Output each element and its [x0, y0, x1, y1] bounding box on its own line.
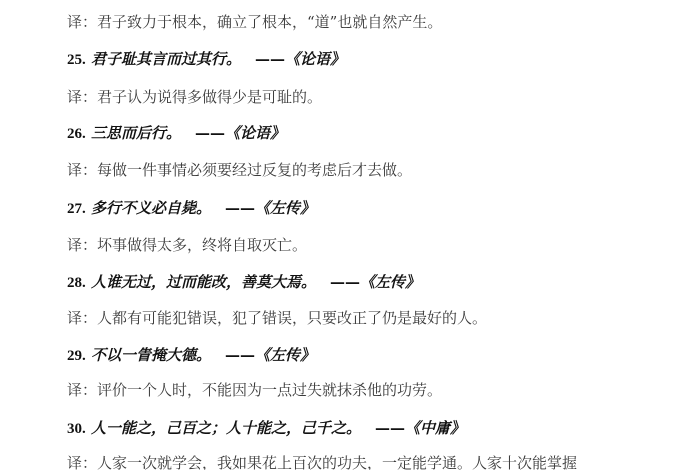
- quote-line-29: 29. 不以一眚掩大德。——《左传》: [67, 345, 315, 366]
- translation-text: 君子致力于根本，确立了根本，“道”也就自然产生。: [97, 13, 442, 31]
- document-page: 译：君子致力于根本，确立了根本，“道”也就自然产生。 25. 君子耻其言而过其行…: [0, 0, 700, 470]
- translation-text: 君子认为说得多做得少是可耻的。: [97, 88, 322, 106]
- quote-number: 27.: [67, 201, 86, 217]
- quote-number: 26.: [67, 126, 86, 142]
- quote-text: 君子耻其言而过其行。: [91, 50, 241, 68]
- quote-source: 《左传》: [255, 346, 315, 364]
- quote-number: 25.: [67, 52, 86, 68]
- translation-text: 人家一次就学会，我如果花上百次的功夫，一定能学通。人家十次能掌握: [97, 454, 577, 470]
- quote-dash: ——: [225, 346, 255, 364]
- translation-text: 每做一件事情必须要经过反复的考虑后才去做。: [97, 161, 412, 179]
- quote-line-25: 25. 君子耻其言而过其行。——《论语》: [67, 49, 345, 70]
- quote-text: 人一能之，己百之；人十能之，己千之。: [91, 419, 361, 437]
- quote-line-30: 30. 人一能之，己百之；人十能之，己千之。——《中庸》: [67, 418, 465, 439]
- translation-text: 坏事做得太多，终将自取灭亡。: [97, 236, 307, 254]
- quote-line-26: 26. 三思而后行。——《论语》: [67, 123, 285, 144]
- translation-line: 译：评价一个人时，不能因为一点过失就抹杀他的功劳。: [67, 380, 442, 400]
- quote-source: 《中庸》: [405, 419, 465, 437]
- quote-source: 《左传》: [360, 273, 420, 291]
- translation-prefix: 译：: [67, 236, 97, 254]
- translation-line: 译：坏事做得太多，终将自取灭亡。: [67, 235, 307, 255]
- quote-dash: ——: [195, 124, 225, 142]
- quote-source: 《左传》: [255, 199, 315, 217]
- quote-dash: ——: [225, 199, 255, 217]
- translation-line: 译：人都有可能犯错误，犯了错误，只要改正了仍是最好的人。: [67, 308, 487, 328]
- translation-prefix: 译：: [67, 381, 97, 399]
- translation-text: 评价一个人时，不能因为一点过失就抹杀他的功劳。: [97, 381, 442, 399]
- translation-line: 译：君子致力于根本，确立了根本，“道”也就自然产生。: [67, 12, 442, 32]
- translation-prefix: 译：: [67, 161, 97, 179]
- quote-source: 《论语》: [225, 124, 285, 142]
- quote-line-28: 28. 人谁无过，过而能改，善莫大焉。——《左传》: [67, 272, 420, 293]
- quote-text: 不以一眚掩大德。: [91, 346, 211, 364]
- translation-line: 译：每做一件事情必须要经过反复的考虑后才去做。: [67, 160, 412, 180]
- quote-dash: ——: [255, 50, 285, 68]
- translation-prefix: 译：: [67, 454, 97, 470]
- quote-dash: ——: [375, 419, 405, 437]
- quote-source: 《论语》: [285, 50, 345, 68]
- translation-line: 译：君子认为说得多做得少是可耻的。: [67, 87, 322, 107]
- quote-number: 29.: [67, 348, 86, 364]
- quote-dash: ——: [330, 273, 360, 291]
- translation-prefix: 译：: [67, 309, 97, 327]
- quote-number: 28.: [67, 275, 86, 291]
- translation-line: 译：人家一次就学会，我如果花上百次的功夫，一定能学通。人家十次能掌握: [67, 453, 577, 470]
- quote-text: 人谁无过，过而能改，善莫大焉。: [91, 273, 316, 291]
- quote-text: 多行不义必自毙。: [91, 199, 211, 217]
- quote-number: 30.: [67, 421, 86, 437]
- quote-line-27: 27. 多行不义必自毙。——《左传》: [67, 198, 315, 219]
- translation-prefix: 译：: [67, 88, 97, 106]
- translation-prefix: 译：: [67, 13, 97, 31]
- quote-text: 三思而后行。: [91, 124, 181, 142]
- translation-text: 人都有可能犯错误，犯了错误，只要改正了仍是最好的人。: [97, 309, 487, 327]
